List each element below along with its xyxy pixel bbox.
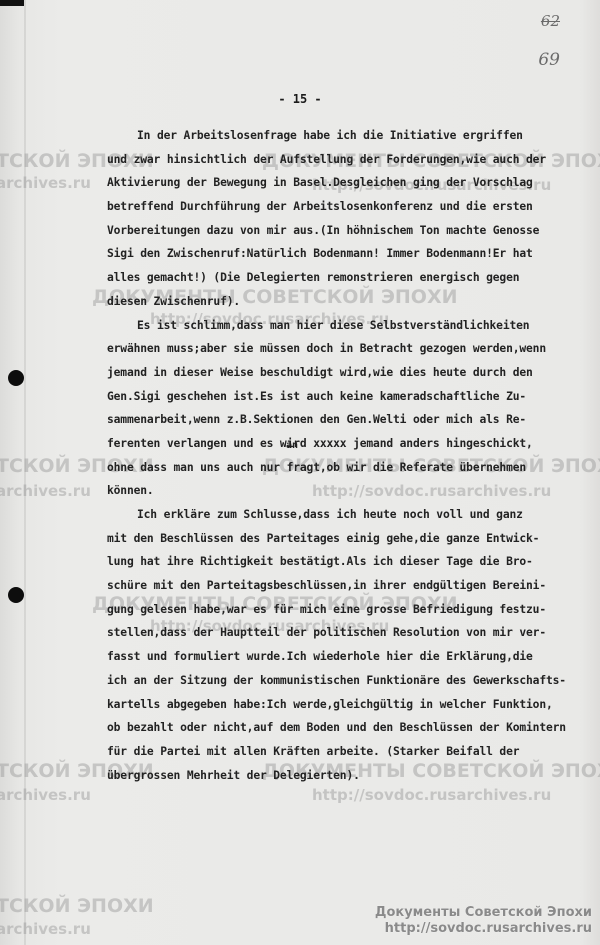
text-line: stellen,dass der Hauptteil der politisch… bbox=[107, 621, 577, 645]
text-line: Gen.Sigi geschehen ist.Es ist auch keine… bbox=[107, 385, 577, 409]
text-line: ohne dass man uns auch nur fragt,ob wir … bbox=[107, 456, 577, 480]
text-line: fasst und formuliert wurde.Ich wiederhol… bbox=[107, 645, 577, 669]
text-line: schüre mit den Parteitagsbeschlüssen,in … bbox=[107, 574, 577, 598]
credit-url: http://sovdoc.rusarchives.ru bbox=[375, 921, 592, 937]
watermark-url: archives.ru bbox=[0, 920, 91, 938]
text-line: jemand in dieser Weise beschuldigt wird,… bbox=[107, 361, 577, 385]
watermark-title: ТСКОЙ ЭПОХИ bbox=[0, 895, 154, 917]
text-line: Ich erkläre zum Schlusse,dass ich heute … bbox=[107, 503, 577, 527]
text-line: und zwar hinsichtlich der Aufstellung de… bbox=[107, 148, 577, 172]
scan-edge-mark bbox=[0, 0, 24, 6]
text-line: Vorbereitungen dazu von mir aus.(In höhn… bbox=[107, 219, 577, 243]
text-line: kartells abgegeben habe:Ich werde,gleich… bbox=[107, 693, 577, 717]
text-line: Aktivierung der Bewegung in Basel.Desgle… bbox=[107, 171, 577, 195]
page-number: - 15 - bbox=[0, 92, 600, 106]
watermark-url: http://sovdoc.rusarchives.ru bbox=[312, 786, 551, 804]
handwritten-insert: an bbox=[286, 440, 298, 451]
text-line: alles gemacht!) (Die Delegierten remonst… bbox=[107, 266, 577, 290]
archive-number-crossed: 62 bbox=[541, 12, 560, 30]
punch-hole bbox=[8, 587, 24, 603]
paragraph: Ich erkläre zum Schlusse,dass ich heute … bbox=[107, 503, 577, 787]
paragraph: In der Arbeitslosenfrage habe ich die In… bbox=[107, 124, 577, 314]
text-line: gung gelesen habe,war es für mich eine g… bbox=[107, 598, 577, 622]
text-line: Es ist schlimm,dass man hier diese Selbs… bbox=[107, 314, 577, 338]
text-line: für die Partei mit allen Kräften arbeite… bbox=[107, 740, 577, 764]
punch-hole bbox=[8, 370, 24, 386]
text-line: mit den Beschlüssen des Parteitages eini… bbox=[107, 527, 577, 551]
text-line: können. bbox=[107, 479, 577, 503]
watermark-url: archives.ru bbox=[0, 174, 91, 192]
watermark-url: archives.ru bbox=[0, 482, 91, 500]
text-line: Sigi den Zwischenruf:Natürlich Bodenmann… bbox=[107, 242, 577, 266]
text-line: In der Arbeitslosenfrage habe ich die In… bbox=[107, 124, 577, 148]
credit-title: Документы Советской Эпохи bbox=[375, 905, 592, 921]
text-line: erwähnen muss;aber sie müssen doch in Be… bbox=[107, 337, 577, 361]
text-line: sammenarbeit,wenn z.B.Sektionen den Gen.… bbox=[107, 408, 577, 432]
text-line: ob bezahlt oder nicht,auf dem Boden und … bbox=[107, 716, 577, 740]
text-line: lung hat ihre Richtigkeit bestätigt.Als … bbox=[107, 550, 577, 574]
archive-number: 69 bbox=[538, 50, 560, 70]
scanned-document-page: 62 69 - 15 - ТСКОЙ ЭПОХИ archives.ru ДОК… bbox=[0, 0, 600, 945]
text-line: ich an der Sitzung der kommunistischen F… bbox=[107, 669, 577, 693]
text-line: betreffend Durchführung der Arbeitslosen… bbox=[107, 195, 577, 219]
archive-credit: Документы Советской Эпохи http://sovdoc.… bbox=[375, 905, 592, 937]
text-line: ferenten verlangen und es wird xxxxx jem… bbox=[107, 432, 577, 456]
text-line: diesen Zwischenruf). bbox=[107, 290, 577, 314]
paragraph: Es ist schlimm,dass man hier diese Selbs… bbox=[107, 314, 577, 504]
watermark-url: archives.ru bbox=[0, 786, 91, 804]
text-line: übergrossen Mehrheit der Delegierten). bbox=[107, 764, 577, 788]
document-body: In der Arbeitslosenfrage habe ich die In… bbox=[107, 124, 577, 787]
